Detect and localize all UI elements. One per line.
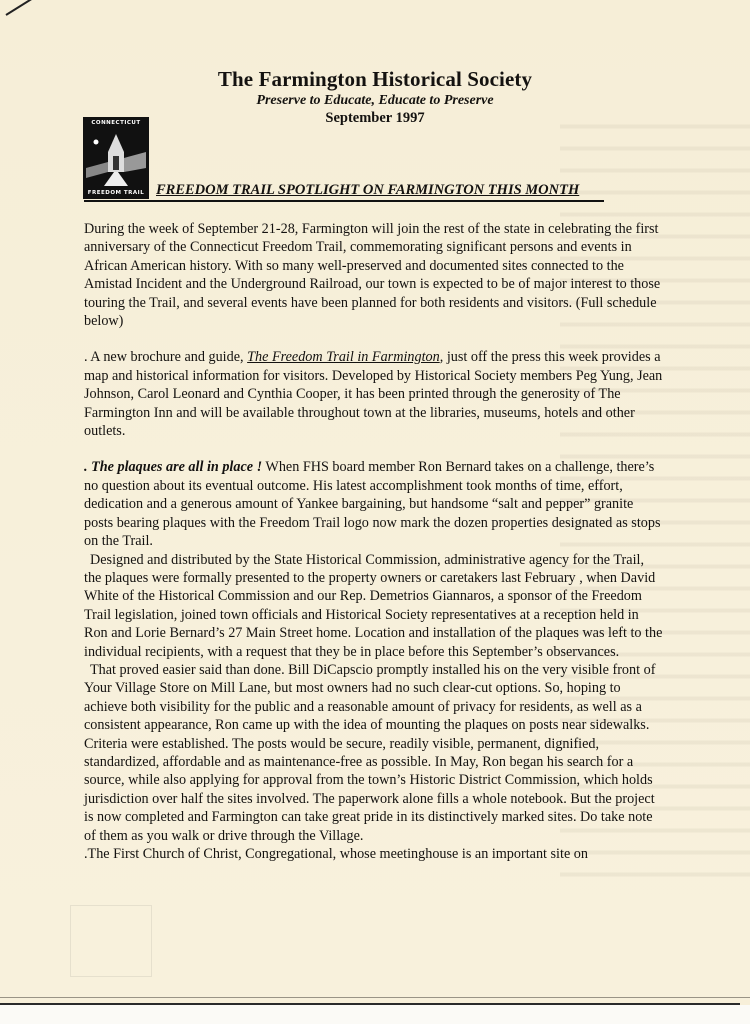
faint-church-sketch — [70, 905, 152, 977]
motto: Preserve to Educate, Educate to Preserve — [0, 92, 750, 109]
paragraph-intro: During the week of September 21-28, Farm… — [84, 220, 664, 330]
paragraph-plaques: . The plaques are all in place ! When FH… — [84, 458, 664, 550]
page-title: The Farmington Historical Society — [0, 66, 750, 92]
plaques-lead-in: . The plaques are all in place ! — [84, 459, 262, 475]
document-page: The Farmington Historical Society Preser… — [0, 0, 750, 1000]
meetinghouse-icon — [86, 128, 146, 186]
pen-mark — [5, 0, 42, 16]
paper-edge — [0, 997, 750, 998]
section-heading-text: FREEDOM TRAIL SPOTLIGHT ON FARMINGTON TH… — [156, 182, 604, 199]
article-body: During the week of September 21-28, Farm… — [84, 220, 664, 863]
paragraph-commission: Designed and distributed by the State Hi… — [84, 551, 664, 661]
logo-top-text: CONNECTICUT — [84, 120, 148, 126]
paragraph-brochure: . A new brochure and guide, The Freedom … — [84, 348, 664, 440]
paragraph-installation: That proved easier said than done. Bill … — [84, 661, 664, 845]
brochure-prefix: . A new brochure and guide, — [84, 349, 247, 365]
brochure-title: The Freedom Trail in Farmington — [247, 349, 440, 365]
section-heading: FREEDOM TRAIL SPOTLIGHT ON FARMINGTON TH… — [84, 182, 604, 202]
paragraph-church: .The First Church of Christ, Congregatio… — [84, 845, 664, 863]
scanner-background — [0, 1005, 750, 1024]
